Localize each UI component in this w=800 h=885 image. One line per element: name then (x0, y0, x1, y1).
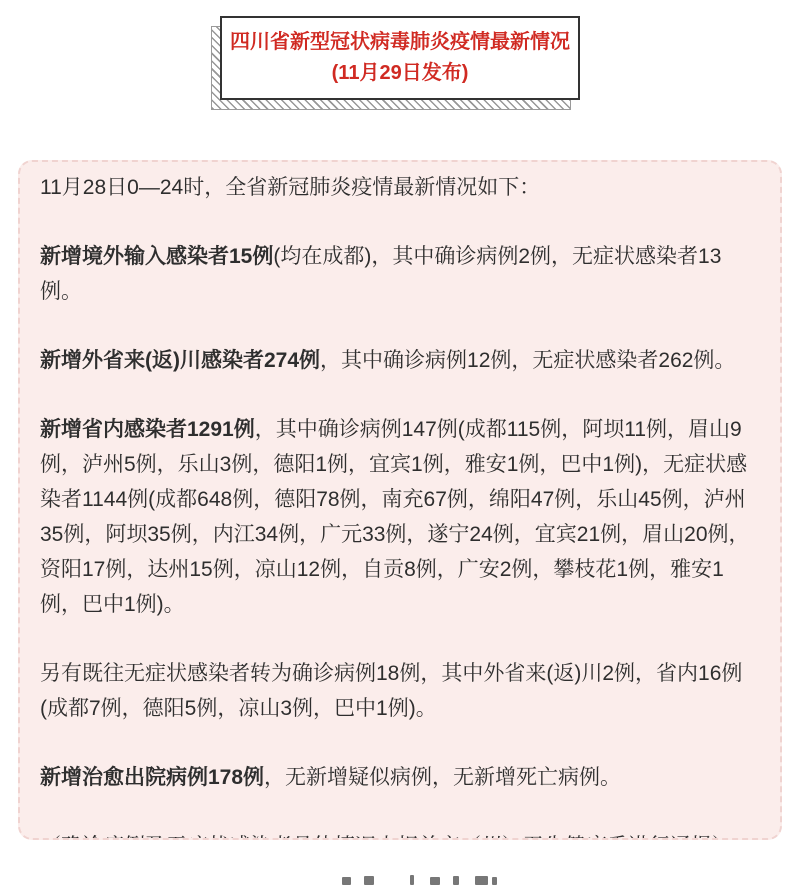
title-card: 四川省新型冠状病毒肺炎疫情最新情况 (11月29日发布) (220, 16, 580, 100)
glyph-fragment (364, 876, 374, 885)
paragraph-converted-cases: 另有既往无症状感染者转为确诊病例18例，其中外省来(返)川2例，省内16例(成都… (40, 656, 760, 726)
glyph-fragment (410, 875, 414, 885)
announcement-panel: 11月28日0—24时，全省新冠肺炎疫情最新情况如下： 新增境外输入感染者15例… (18, 160, 782, 840)
paragraph-intro: 11月28日0—24时，全省新冠肺炎疫情最新情况如下： (40, 170, 760, 205)
paragraph-imported-cases-bold: 新增境外输入感染者15例 (40, 245, 273, 268)
paragraph-other-province-cases-text: ，其中确诊病例12例，无症状感染者262例。 (320, 349, 735, 372)
header-row: 四川省新型冠状病毒肺炎疫情最新情况 (11月29日发布) (0, 0, 800, 100)
paragraph-converted-cases-text: 另有既往无症状感染者转为确诊病例18例，其中外省来(返)川2例，省内16例(成都… (40, 662, 742, 720)
paragraph-recovered-cases: 新增治愈出院病例178例，无新增疑似病例，无新增死亡病例。 (40, 760, 760, 795)
title-card-box: 四川省新型冠状病毒肺炎疫情最新情况 (11月29日发布) (220, 16, 580, 100)
paragraph-recovered-cases-bold: 新增治愈出院病例178例 (40, 766, 264, 789)
glyph-fragment (475, 876, 488, 885)
paragraph-other-province-cases: 新增外省来(返)川感染者274例，其中确诊病例12例，无症状感染者262例。 (40, 343, 760, 378)
page: { "colors": { "title_red": "#d02a22", "t… (0, 0, 800, 885)
paragraph-note-text: （确诊病例及无症状感染者具体情况由相关市（州）卫生健康委进行通报） (40, 835, 733, 840)
paragraph-local-cases: 新增省内感染者1291例，其中确诊病例147例(成都115例，阿坝11例，眉山9… (40, 412, 760, 622)
paragraph-note: （确诊病例及无症状感染者具体情况由相关市（州）卫生健康委进行通报） (40, 829, 760, 840)
glyph-fragment (492, 877, 497, 885)
paragraph-other-province-cases-bold: 新增外省来(返)川感染者274例 (40, 349, 320, 372)
paragraph-recovered-cases-text: ，无新增疑似病例，无新增死亡病例。 (264, 766, 621, 789)
paragraph-intro-text: 11月28日0—24时，全省新冠肺炎疫情最新情况如下： (40, 176, 540, 199)
glyph-fragment (342, 877, 351, 885)
glyph-fragment (430, 877, 440, 885)
paragraph-imported-cases: 新增境外输入感染者15例(均在成都)，其中确诊病例2例，无症状感染者13例。 (40, 239, 760, 309)
cutoff-text-top (340, 875, 530, 885)
title-line-2: (11月29日发布) (230, 58, 570, 89)
paragraph-local-cases-bold: 新增省内感染者1291例 (40, 418, 255, 441)
paragraph-local-cases-text: ，其中确诊病例147例(成都115例，阿坝11例，眉山9例，泸州5例，乐山3例，… (40, 418, 750, 616)
title-line-1: 四川省新型冠状病毒肺炎疫情最新情况 (230, 27, 570, 58)
glyph-fragment (453, 876, 459, 885)
